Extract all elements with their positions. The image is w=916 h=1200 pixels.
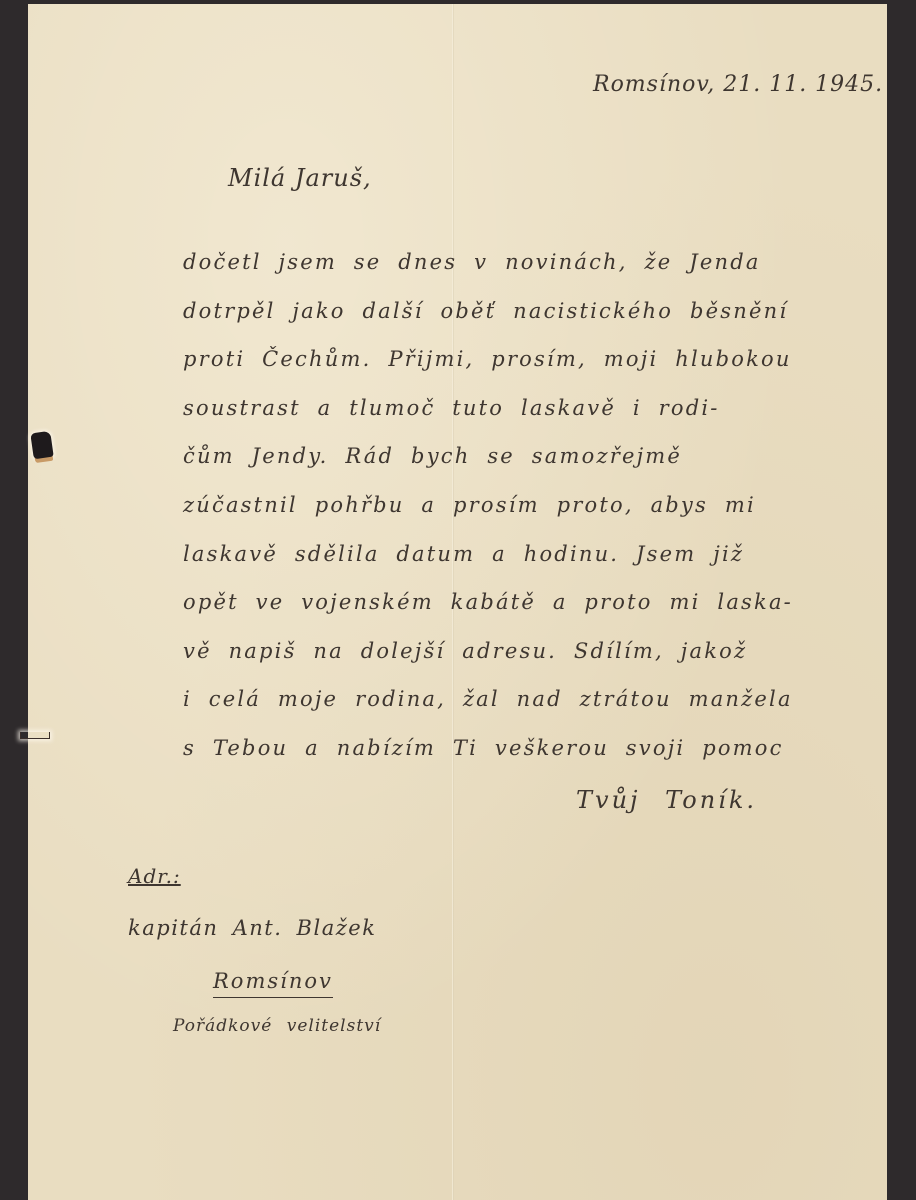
letter-body-line: zúčastnil pohřbu a prosím proto, abys mi [183, 485, 833, 534]
letter-dateline: Romsínov, 21. 11. 1945. [593, 72, 883, 97]
letter-body: dočetl jsem se dnes v novinách, že Jenda… [183, 242, 833, 777]
letter-body-line: dočetl jsem se dnes v novinách, že Jenda [183, 242, 833, 291]
address-name: kapitán Ant. Blažek [128, 916, 376, 940]
letter-body-line: s Tebou a nabízím Ti veškerou svoji pomo… [183, 728, 833, 777]
letter-body-line: vě napiš na dolejší adresu. Sdílím, jako… [183, 631, 833, 680]
address-city: Romsínov [213, 969, 333, 998]
punch-hole-lower [20, 732, 50, 739]
address-label-text: Adr.: [128, 864, 181, 888]
letter-signature: Tvůj Toník. [576, 786, 757, 814]
address-label: Adr.: [128, 864, 181, 888]
letter-body-line: čům Jendy. Rád bych se samozřejmě [183, 436, 833, 485]
letter-body-line: opět ve vojenském kabátě a proto mi lask… [183, 582, 833, 631]
letter-body-line: soustrast a tlumoč tuto laskavě i rodi- [183, 388, 833, 437]
punch-hole-upper [30, 431, 53, 460]
letter-body-line: laskavě sdělila datum a hodinu. Jsem již [183, 534, 833, 583]
address-unit: Pořádkové velitelství [173, 1016, 381, 1036]
letter-body-line: proti Čechům. Přijmi, prosím, moji hlubo… [183, 339, 833, 388]
letter-salutation: Milá Jaruš, [228, 164, 372, 192]
letter-paper: Romsínov, 21. 11. 1945. Milá Jaruš, doče… [28, 4, 887, 1200]
letter-body-line: i celá moje rodina, žal nad ztrátou manž… [183, 679, 833, 728]
letter-body-line: dotrpěl jako další oběť nacistického běs… [183, 291, 833, 340]
